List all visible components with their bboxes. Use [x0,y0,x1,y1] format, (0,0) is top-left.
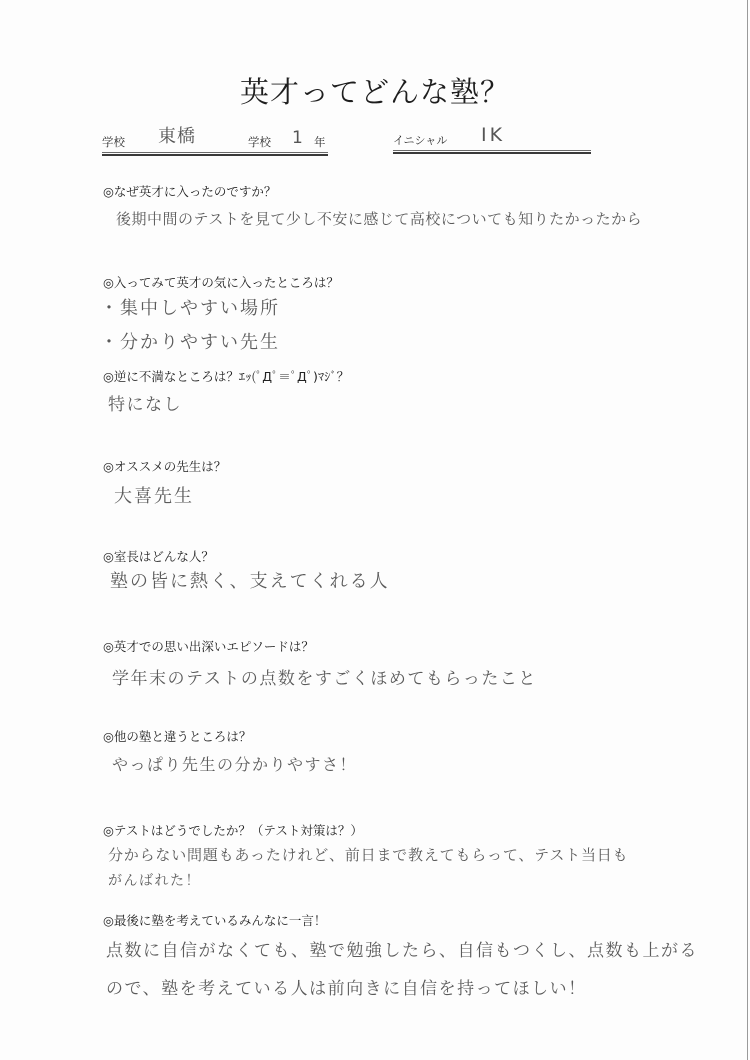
grade-suffix: 年 [314,134,326,150]
question-complaints: ◎逆に不満なところは？ｴｯ(ﾟДﾟ≡ﾟДﾟ)ﾏｼﾞ？ [103,367,349,385]
answer-complaints: 特になし [108,390,182,415]
answer-final-message-2: ので、塾を考えている人は前向きに自信を持ってほしい！ [106,974,587,999]
answer-director: 塾の皆に熱く、支えてくれる人 [110,567,390,593]
questionnaire-sheet: 英才ってどんな塾？ 学校 東橋 学校 1 年 イニシャル IK ◎なぜ英才に入っ… [0,0,750,1060]
answer-liked-points-1: ・集中しやすい場所 [100,294,280,320]
answer-memorable-episode: 学年末のテストの点数をすごくほめてもらったこと [112,664,537,689]
grade-label: 学校 [248,134,271,150]
page-title: 英才ってどんな塾？ [0,70,750,111]
answer-tests-2: がんばれた！ [108,870,201,890]
answer-recommended-teacher: 大喜先生 [114,482,194,508]
school-value: 東橋 [158,122,196,148]
question-final-message: ◎最後に塾を考えているみんなに一言！ [103,911,326,929]
answer-tests-1: 分からない問題もあったけれど、前日まで教えてもらって、テスト当日も [108,844,628,865]
scan-edge-line [747,0,748,1060]
question-liked-points: ◎入ってみて英才の気に入ったところは？ [103,273,339,291]
answer-final-message-1: 点数に自信がなくても、塾で勉強したら、自信もつくし、点数も上がる [106,936,698,961]
initial-value: IK [481,124,505,146]
grade-value: 1 [292,128,304,148]
answer-liked-points-2: ・分かりやすい先生 [100,328,280,354]
initial-label: イニシャル [393,132,447,148]
school-grade-field: 学校 東橋 学校 1 年 [102,128,328,156]
school-grade-underline [102,152,328,156]
school-label: 学校 [102,134,125,150]
answer-why-join: 後期中間のテストを見て少し不安に感じて高校についても知りたかったから [116,208,642,229]
question-director: ◎室長はどんな人？ [103,547,214,565]
question-memorable-episode: ◎英才での思い出深いエピソードは？ [103,637,314,655]
question-why-join: ◎なぜ英才に入ったのですか？ [103,182,276,200]
initial-field: イニシャル IK [393,126,591,154]
answer-differences: やっぱり先生の分かりやすさ！ [112,752,357,775]
initial-underline [393,150,591,154]
question-recommended-teacher: ◎オススメの先生は？ [103,457,226,475]
question-differences: ◎他の塾と違うところは？ [103,727,251,745]
question-tests: ◎テストはどうでしたか？（テスト対策は？） [103,821,363,839]
